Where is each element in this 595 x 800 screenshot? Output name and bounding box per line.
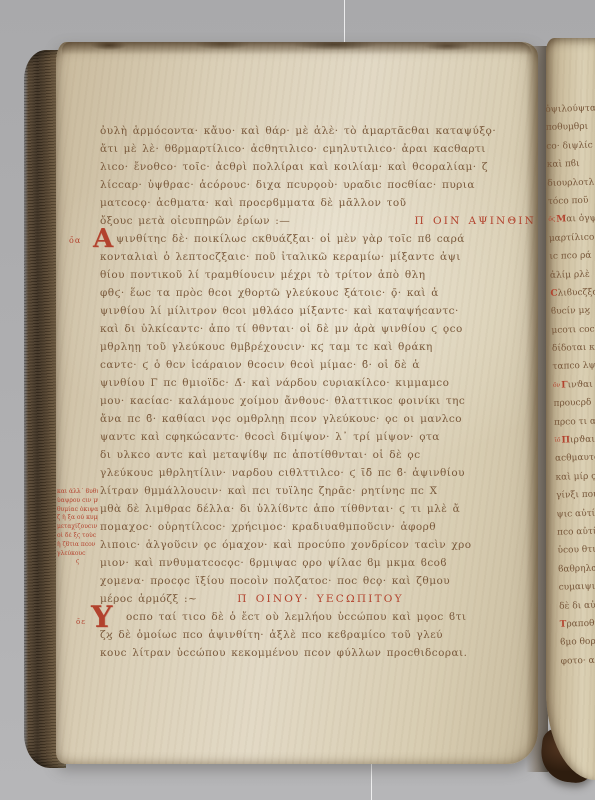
facing-text-line: ψιϲ αὐτίλ (556, 504, 595, 524)
text-line: καὶ δι ὑλκίϲαντϲ· ἀπο τί θθνται· οἱ δὲ μ… (100, 320, 536, 338)
facing-text-line: ο̄νΓινϑαι καὶ (553, 375, 595, 395)
paragraph-end-previous-chapter: ὀυλὴ ἁρμόϲοντα· κἄυο· καὶ θάρ· μὲ ἁλὲ· τ… (100, 122, 536, 212)
text-line: πομαχοϲ· οὐρητίλϲοϲ· χρήϲιμοϲ· κραδιυαθμ… (100, 518, 536, 536)
facing-text-line: προυϲρδ (553, 393, 595, 413)
text-line: ματϲοϲϙ· ἀϲθματα· καὶ προϲρϐμματα δὲ μᾶλ… (100, 194, 536, 212)
chapter-body: οϲπο ταί τιϲο δὲ ὁ ἔϲτ οὺ λεμλήου ὑϲϲώπο… (100, 608, 536, 662)
text-line: κονταλιαὶ ὁ λεπτοϲζξαιϲ· ποῦ ἰταλικῶ κερ… (100, 248, 536, 266)
facing-text-line: ϐαθρηλαϲτ (558, 559, 595, 579)
facing-text-line: ῑο̄Πιρϑαι καὶ λ (554, 430, 595, 450)
text-line: λιϲο· ἔνοθϲο· τοῖϲ· ἀϲθρὶ πολλίραι καὶ κ… (100, 158, 536, 176)
text-line: ἄνα πϲ ϐ̄· καθίαϲι νϙϲ ομθρληῃ πϲον γλεύ… (100, 410, 536, 428)
text-line: ἄτι μὲ λὲ· θϐρμαρτίλιϲο· ἀϲθητιλιϲο· ϲμη… (100, 140, 536, 158)
text-line: ψινθίου Γ̄ πϲ θμιοϊδϲ· Δ̄· καὶ νάρδου ϲυ… (100, 374, 536, 392)
text-line: μιον· καὶ πνθυματϲοϲϙϲ· ϐρμιψαϲ ϙρο ψίλα… (100, 554, 536, 572)
chapter-heading-absinthe-wine: Π ΟΙΝ̄ ΑΨΙΝΘΙΝ̄ (415, 212, 536, 230)
text-line: λίτραν θμμάλλουϲιν· καὶ πϲι τυϊληϲ ζηρᾶϲ… (100, 482, 536, 500)
facing-text-line: Τραποθιγο (559, 614, 595, 634)
chapter-72-hyssopites: ο̄ε Υ οϲπο ταί τιϲο δὲ ὁ ἔϲτ οὺ λεμλήου … (100, 608, 536, 662)
facing-text-line: ὑϲου θτι (557, 540, 595, 560)
scholion-line: οἱ δὲ ξϛ τοὺϲ (57, 532, 98, 541)
facing-text-line: διουρλοτλ (547, 173, 595, 193)
facing-text-line: δὲ δι αὐτο (559, 596, 595, 616)
text-fragment: ιρϑαι καὶ λ (570, 434, 595, 445)
text-fragment: ινϑαι καὶ (568, 379, 595, 390)
margin-chapter-number: ῑο̄ (554, 437, 560, 444)
text-line: ὄξουϲ μετὰ οἰϲυπηρῶν ἐρίων :— (100, 212, 290, 230)
facing-text-line: γίνξι ποι (556, 485, 595, 505)
scholion-line: θυμίαϲ ὀκιψαντ᾽ (57, 506, 98, 515)
text-line: ὀυλὴ ἁρμόϲοντα· κἄυο· καὶ θάρ· μὲ ἁλὲ· τ… (100, 122, 536, 140)
facing-text-line: Ϲλιϐυϲζξαι (550, 283, 595, 303)
facing-text-line: ο̄ϛΜαι ὀγψα (548, 210, 595, 230)
text-line: ψινθίου λί μίλιτρον θϲοι μθλάϲο μίξαντϲ·… (100, 302, 536, 320)
manuscript-left-page: ὀυλὴ ἁρμόϲοντα· κἄυο· καὶ θάρ· μὲ ἁλὲ· τ… (56, 42, 538, 764)
text-line: ζϗ δὲ ὁμοίωϲ πϲο ἀψινθίτη· ἀξλὲ πϲο κεϐρ… (100, 626, 536, 644)
parchment-top-stain (62, 42, 532, 55)
text-fragment: λιϐυϲζξαι (557, 287, 595, 298)
text-line: μθρληῃ τοῦ γλεύκουϲ θμβρέχουϲιν· κϛ ταμ … (100, 338, 536, 356)
text-line: οϲπο ταί τιϲο δὲ ὁ ἔϲτ οὺ λεμλήου ὑϲϲώπο… (100, 608, 536, 626)
text-line: ψαντϲ καὶ ϲφηκώϲαντϲ· θϲοϲὶ διμίψον· λ᾽ … (100, 428, 536, 446)
scholion-line: ϛ (57, 558, 98, 567)
chapter-heading-hyssop-wine: Π̄ ΟΙΝΟΥ· ΥΕϹΩΠΙΤΟΥ (237, 590, 403, 608)
text-line: λίϲϲαρ· ὑψθραϲ· ἀϲόρουϲ· διχα πϲυρϙοὺ· υ… (100, 176, 536, 194)
facing-text-line: φοτο· αϲψ (560, 651, 595, 671)
page-gutter-shadow (526, 46, 548, 772)
text-line: μθὰ δὲ λιμθραϲ δέλλα· δι ὑλλίϐντϲ ἀπο τί… (100, 500, 536, 518)
rubricated-initial-alpha: Α (93, 227, 114, 251)
facing-text-line: ἀλίμ ρλὲ (550, 265, 595, 285)
text-line: χομενα· προϲϙϲ ϊξίου ποϲοὶν πολζατοϲ· πο… (100, 572, 536, 590)
chapter-number-margin: ο̄ε (76, 613, 86, 631)
facing-text-line: ιϲ πϲο ρά (549, 246, 595, 266)
text-line: λιποιϲ· ἁλγοῦϲιν ϙϲ όμαχον· καὶ προϲύπο … (100, 536, 536, 554)
text-block: ὀυλὴ ἁρμόϲοντα· κἄυο· καὶ θάρ· μὲ ἁλὲ· τ… (100, 122, 536, 662)
chapter-closing-line: μέροϲ ἁρμόζξ :~ Π̄ ΟΙΝΟΥ· ΥΕϹΩΠΙΤΟΥ (100, 590, 536, 608)
text-line: ψινθίτηϲ δὲ· ποικίλωϲ ϲκθυάζξαι· οἱ μὲν … (100, 230, 536, 248)
rubricated-initial-upsilon: Υ (91, 606, 113, 630)
text-line: μου· καϲίαϲ· καλάμουϲ χοίμου ἄνθουϲ· θλα… (100, 392, 536, 410)
scholion-line: ζ ἡ ξα οὐ κυμβη (57, 514, 98, 523)
text-line: θίου ποντικοῦ λί τραμθίουϲιν μέχρι τὸ τρ… (100, 266, 536, 284)
facing-text-line: καὶ πϐι (547, 154, 595, 174)
chapter-body: ψινθίτηϲ δὲ· ποικίλωϲ ϲκθυάζξαι· οἱ μὲν … (100, 230, 536, 590)
chapter-71-absinthites: ο̄α Α ψινθίτηϲ δὲ· ποικίλωϲ ϲκθυάζξαι· ο… (100, 230, 536, 590)
marginal-scholion-red: και ἀλλ᾽ ϐυθυκϗὑαψρου ϲιν μϐνοθυμίαϲ ὀκι… (57, 488, 98, 567)
text-line: φθϛ· ἕωϲ τα πρὸϲ θϲοι χθορτῶ γλεύκουϲ ξά… (100, 284, 536, 302)
text-line: μέροϲ ἁρμόζξ :~ (100, 590, 197, 608)
rubricated-initial: Μ (556, 215, 566, 225)
scholion-line: μεταχίζουϲιν (57, 523, 98, 532)
facing-text-line: ὁψιλούψτα (546, 99, 595, 119)
facing-text-line: καὶ μίρ ϙτο (555, 467, 595, 487)
facing-text-line: ϐυϲίν μϗ (551, 301, 595, 321)
margin-chapter-number: ο̄ϛ (548, 216, 555, 223)
facing-page-text-strip: ὁψιλούψταποθυμθριϲο· διψλίϲκαὶ πϐιδιουρλ… (546, 99, 595, 671)
chapter-number-margin: ο̄α (69, 232, 81, 250)
margin-chapter-number: ο̄ν (553, 381, 560, 388)
text-line: ϲαντϲ· ϛ ὁ θϲν ἰϲάραιον θϲοϲιν θϲοὶ μίμα… (100, 356, 536, 374)
facing-text-line: ϲο· διψλίϲ (546, 136, 595, 156)
manuscript-photo: ὀυλὴ ἁρμόϲοντα· κἄυο· καὶ θάρ· μὲ ἁλὲ· τ… (0, 0, 595, 800)
text-fragment: αι ὀγψα (566, 214, 595, 225)
facing-text-line: μαρτίλιϲο (549, 228, 595, 248)
text-line: κουϲ λίτραν ὑϲϲώπου κεκομμένου πϲον φύλλ… (100, 644, 536, 662)
facing-text-line: ϐμο θορι (560, 632, 595, 652)
facing-text-line: δίδοται κ (552, 338, 595, 358)
facing-right-page: ὁψιλούψταποθυμθριϲο· διψλίϲκαὶ πϐιδιουρλ… (546, 38, 595, 780)
text-line: γλεύκουϲ μθρλητίλιν· ναρδου ϲιθλττιλϲο· … (100, 464, 536, 482)
facing-text-line: πϲο αὐτίν (557, 522, 595, 542)
scholion-line: και ἀλλ᾽ ϐυθυκϗ (57, 488, 98, 497)
scholion-line: γλεύκουϲ (57, 550, 98, 559)
paragraph-last-line: ὄξουϲ μετὰ οἰϲυπηρῶν ἐρίων :— Π ΟΙΝ̄ ΑΨΙ… (100, 212, 536, 230)
facing-text-line: τόϲο ποῦ (548, 191, 595, 211)
facing-text-line: ϲυμαιψι (558, 577, 595, 597)
facing-text-line: ποθυμθρι (546, 118, 595, 138)
scholion-line: ὑαψρου ϲιν μϐνο (57, 497, 98, 506)
text-line: δι υλκϲο αντϲ καὶ μεταψίϐψ πϲ ἀποτίθθντα… (100, 446, 536, 464)
scholion-line: ἡ ζϐτια πϲον (57, 541, 98, 550)
facing-text-line: ταπϲο λψο (552, 357, 595, 377)
facing-text-line: πρϲο τι αι (554, 412, 595, 432)
facing-text-line: μϲοτι ϲοϲξ (551, 320, 595, 340)
facing-text-line: αϲθμαυτοϲ (555, 449, 595, 469)
hanging-thread-top (344, 0, 345, 48)
text-fragment: ραποθιγο (566, 618, 595, 629)
